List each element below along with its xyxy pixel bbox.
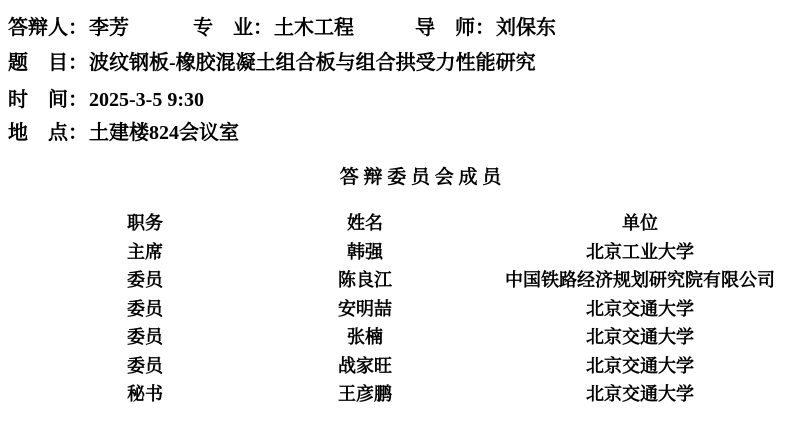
name-cell: 陈良江 xyxy=(230,266,500,295)
name-cell: 安明喆 xyxy=(230,295,500,324)
time-label: 时 间： xyxy=(8,89,89,111)
defender-value: 李芳 xyxy=(89,17,129,39)
role-cell: 委员 xyxy=(60,323,230,352)
column-header-role: 职务 xyxy=(60,209,230,238)
committee-row: 主席 韩强 北京工业大学 xyxy=(60,238,780,267)
role-cell: 委员 xyxy=(60,295,230,324)
advisor-field: 导 师：刘保东 xyxy=(415,17,556,39)
thesis-title-field: 题 目：波纹钢板-橡胶混凝土组合板与组合拱受力性能研究 xyxy=(8,52,536,74)
committee-heading: 答 辩 委 员 会 成 员 xyxy=(0,167,801,188)
committee-table: 职务 姓名 单位 主席 韩强 北京工业大学 委员 陈良江 中国铁路经济规划研究院… xyxy=(60,209,780,409)
venue-label: 地 点： xyxy=(8,122,89,144)
role-cell: 主席 xyxy=(60,238,230,267)
defense-notice-page: 答辩人：李芳 专 业：土木工程 导 师：刘保东 题 目：波纹钢板-橡胶混凝土组合… xyxy=(0,0,801,430)
name-cell: 王彦鹏 xyxy=(230,380,500,409)
major-field: 专 业：土木工程 xyxy=(193,17,354,39)
name-cell: 战家旺 xyxy=(230,352,500,381)
thesis-title-label: 题 目： xyxy=(8,52,89,74)
defender-label: 答辩人： xyxy=(8,17,89,39)
committee-row: 委员 战家旺 北京交通大学 xyxy=(60,352,780,381)
role-cell: 委员 xyxy=(60,266,230,295)
affiliation-cell: 北京工业大学 xyxy=(500,238,780,267)
affiliation-cell: 北京交通大学 xyxy=(500,295,780,324)
venue-value: 土建楼824会议室 xyxy=(89,122,239,144)
committee-row: 秘书 王彦鹏 北京交通大学 xyxy=(60,380,780,409)
committee-row: 委员 陈良江 中国铁路经济规划研究院有限公司 xyxy=(60,266,780,295)
column-header-name: 姓名 xyxy=(230,209,500,238)
venue-field: 地 点：土建楼824会议室 xyxy=(8,122,239,144)
column-header-affiliation: 单位 xyxy=(500,209,780,238)
committee-row: 委员 安明喆 北京交通大学 xyxy=(60,295,780,324)
advisor-value: 刘保东 xyxy=(496,17,556,39)
major-value: 土木工程 xyxy=(274,17,354,39)
major-label: 专 业： xyxy=(193,17,274,39)
defender-field: 答辩人：李芳 xyxy=(8,17,129,39)
affiliation-cell: 北京交通大学 xyxy=(500,352,780,381)
role-cell: 委员 xyxy=(60,352,230,381)
role-cell: 秘书 xyxy=(60,380,230,409)
affiliation-cell: 中国铁路经济规划研究院有限公司 xyxy=(500,266,780,295)
advisor-label: 导 师： xyxy=(415,17,496,39)
committee-row: 委员 张楠 北京交通大学 xyxy=(60,323,780,352)
time-field: 时 间：2025-3-5 9:30 xyxy=(8,89,204,111)
thesis-title-value: 波纹钢板-橡胶混凝土组合板与组合拱受力性能研究 xyxy=(89,52,536,74)
affiliation-cell: 北京交通大学 xyxy=(500,323,780,352)
time-value: 2025-3-5 9:30 xyxy=(89,89,204,111)
affiliation-cell: 北京交通大学 xyxy=(500,380,780,409)
table-header-row: 职务 姓名 单位 xyxy=(60,209,780,238)
name-cell: 韩强 xyxy=(230,238,500,267)
name-cell: 张楠 xyxy=(230,323,500,352)
